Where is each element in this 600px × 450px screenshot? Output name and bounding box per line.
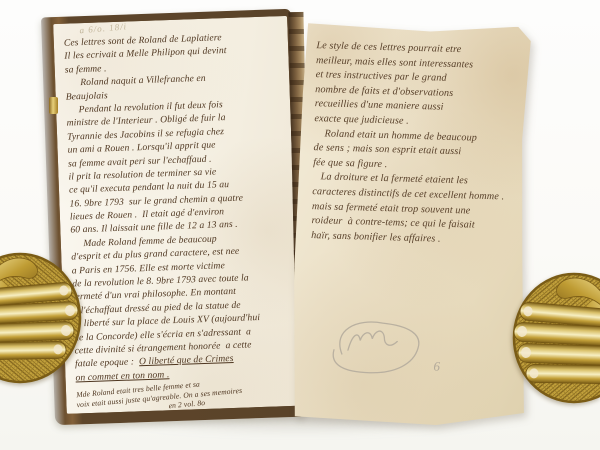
photo-background: a 6/o. 18/i Ces lettres sont de Roland d… (0, 0, 600, 450)
right-bronze-hand (500, 262, 600, 408)
pencil-scribble-drawing (321, 309, 463, 391)
right-page-text: Le style de ces lettres pourrait etremei… (311, 39, 529, 249)
left-page-pencil-note: a 6/o. 18/i (79, 21, 127, 35)
left-page-text: Ces lettres sont de Roland de Laplatiere… (64, 29, 298, 413)
pencil-scribble: 6 (321, 309, 463, 391)
left-bronze-hand-drawing (0, 242, 94, 388)
left-bronze-hand (0, 242, 94, 388)
clasp-stud (49, 97, 58, 114)
right-bronze-hand-drawing (500, 262, 600, 408)
pencil-scribble-number: 6 (433, 359, 440, 375)
